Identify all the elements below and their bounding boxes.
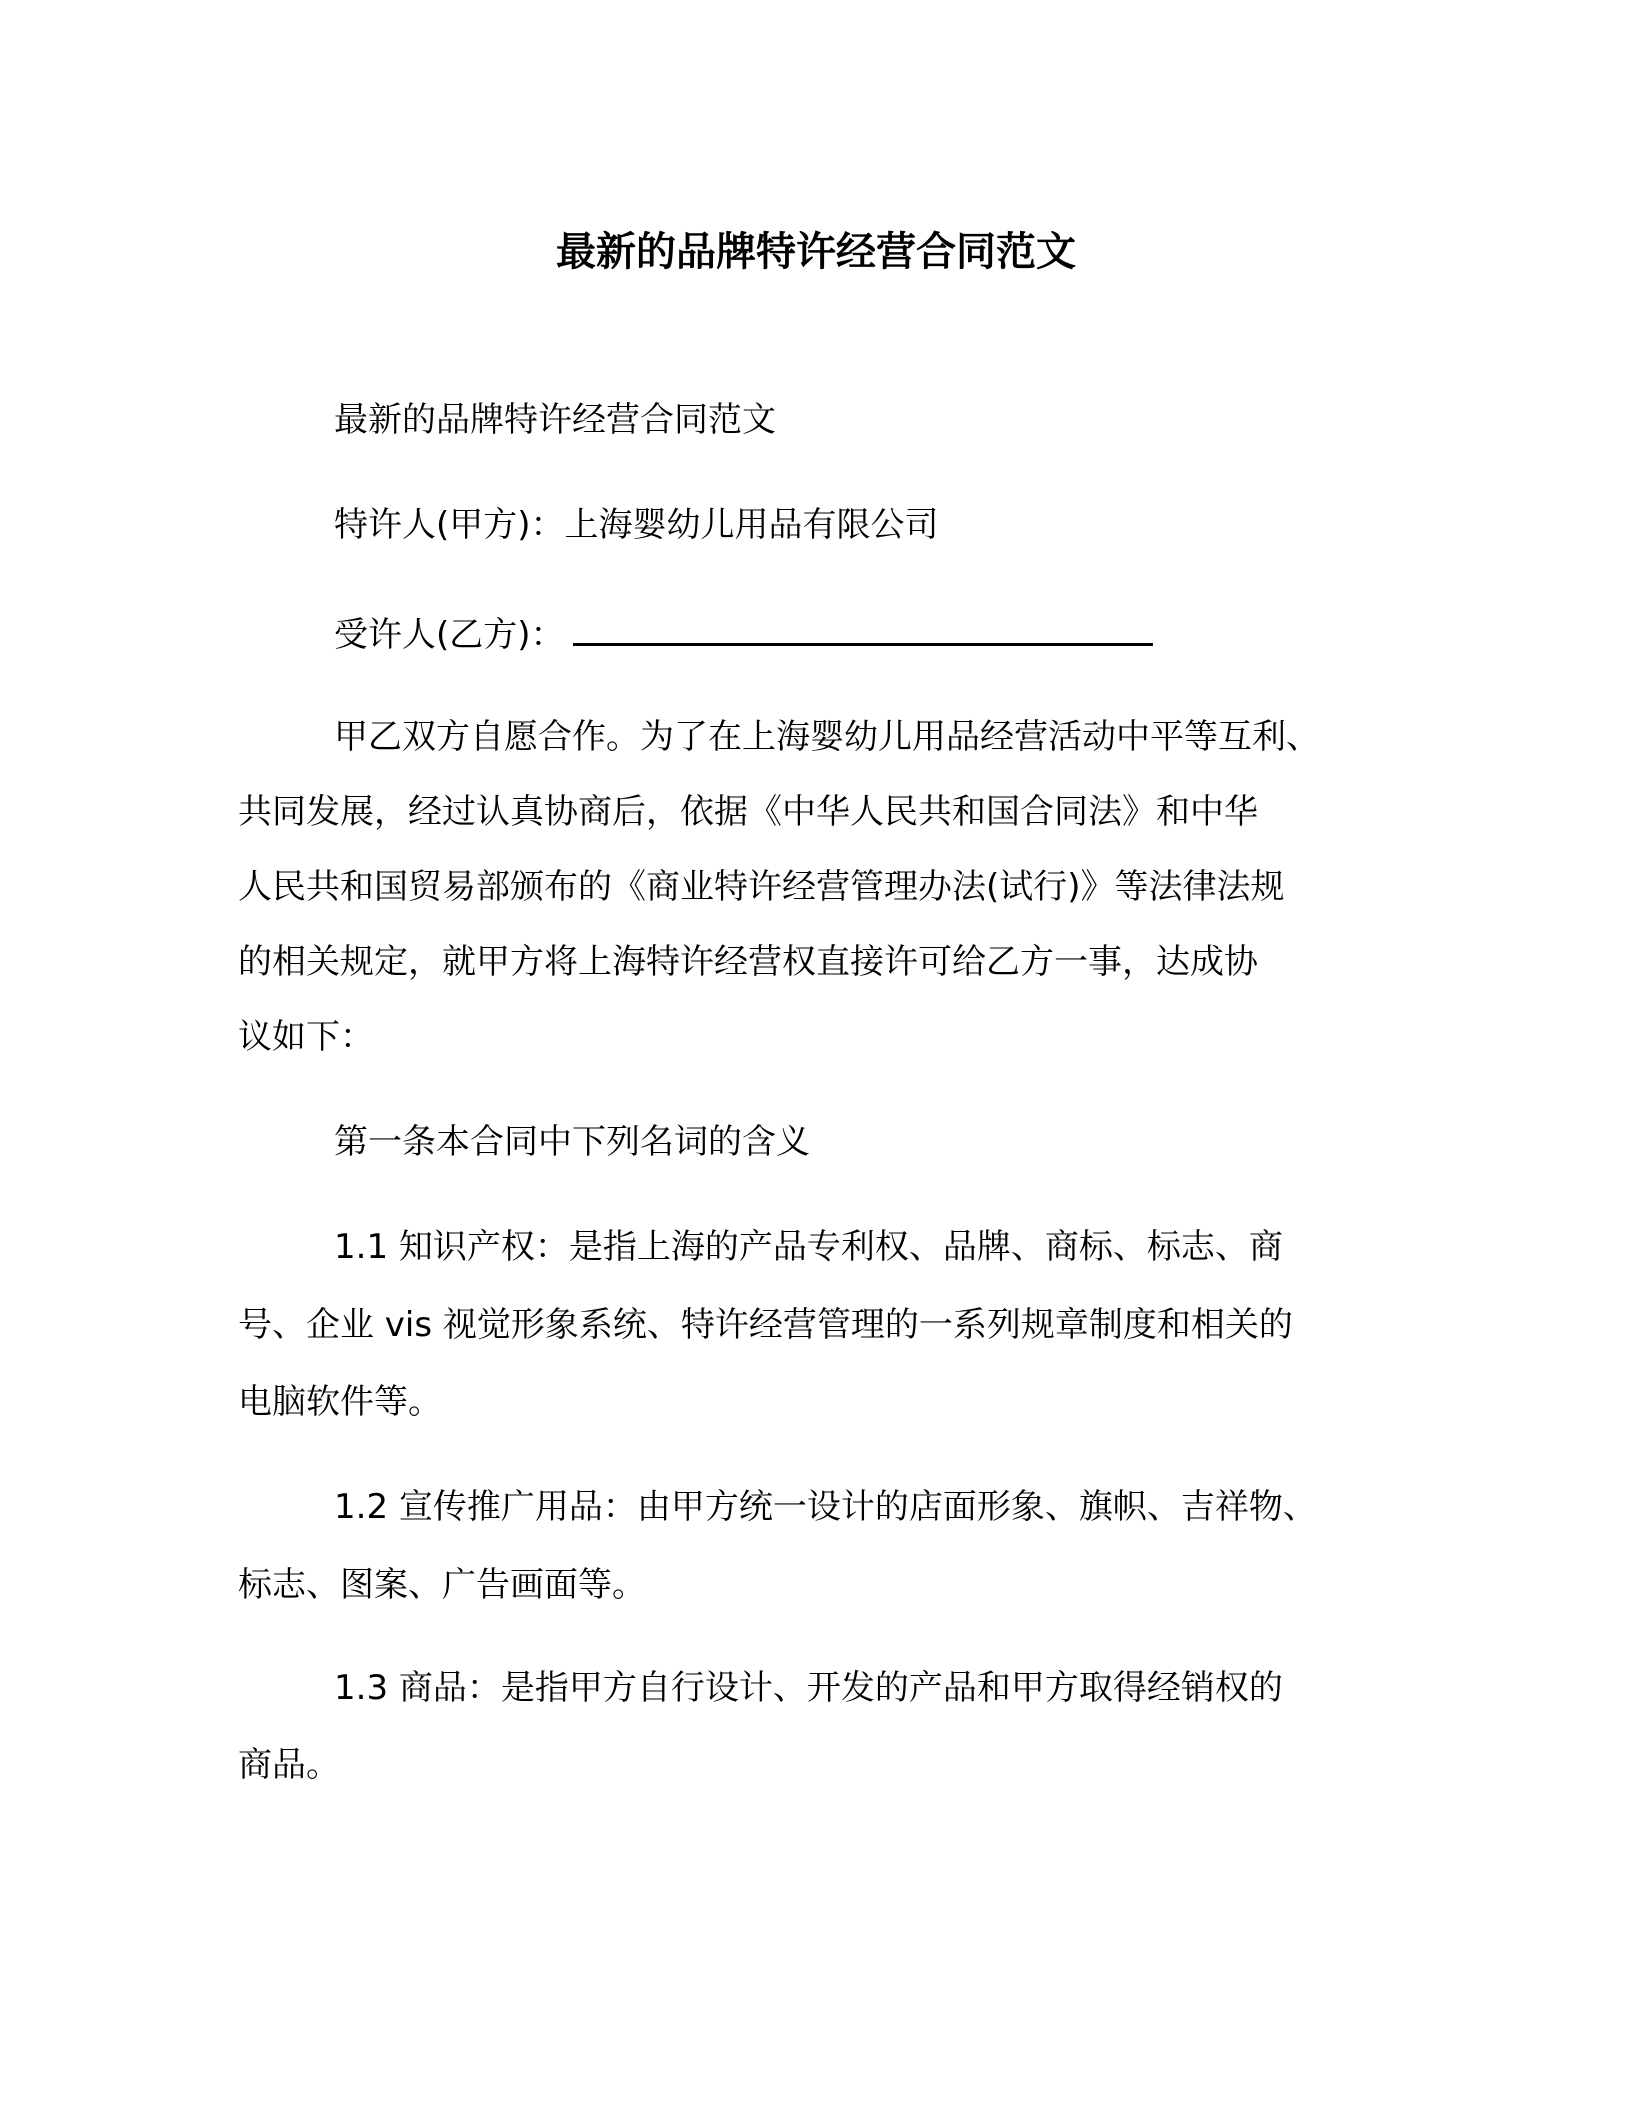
party-b-line: 受许人(乙方)： bbox=[334, 610, 1153, 660]
document-subtitle: 最新的品牌特许经营合同范文 bbox=[334, 395, 776, 445]
party-a-line: 特许人(甲方)：上海婴幼儿用品有限公司 bbox=[334, 500, 939, 550]
preamble-line-4: 的相关规定，就甲方将上海特许经营权直接许可给乙方一事，达成协 bbox=[238, 937, 1258, 987]
preamble-line-1: 甲乙双方自愿合作。为了在上海婴幼儿用品经营活动中平等互利、 bbox=[334, 712, 1320, 762]
party-b-label: 受许人(乙方)： bbox=[334, 615, 565, 655]
item-1-2-line-1: 1.2 宣传推广用品：由甲方统一设计的店面形象、旗帜、吉祥物、 bbox=[334, 1482, 1317, 1532]
item-1-3-line-1: 1.3 商品：是指甲方自行设计、开发的产品和甲方取得经销权的 bbox=[334, 1663, 1283, 1713]
item-1-3-line-2: 商品。 bbox=[238, 1740, 340, 1790]
preamble-line-5: 议如下： bbox=[238, 1012, 374, 1062]
item-1-2-line-2: 标志、图案、广告画面等。 bbox=[238, 1560, 646, 1610]
preamble-line-3: 人民共和国贸易部颁布的《商业特许经营管理办法(试行)》等法律法规 bbox=[238, 862, 1285, 912]
article-1-heading: 第一条本合同中下列名词的含义 bbox=[334, 1117, 810, 1167]
party-a-label: 特许人(甲方)： bbox=[334, 505, 565, 545]
item-1-1-line-1: 1.1 知识产权：是指上海的产品专利权、品牌、商标、标志、商 bbox=[334, 1222, 1283, 1272]
preamble-line-2: 共同发展，经过认真协商后，依据《中华人民共和国合同法》和中华 bbox=[238, 787, 1258, 837]
item-1-1-line-3: 电脑软件等。 bbox=[238, 1377, 442, 1427]
document-page: 最新的品牌特许经营合同范文 最新的品牌特许经营合同范文 特许人(甲方)：上海婴幼… bbox=[0, 0, 1632, 2112]
document-title: 最新的品牌特许经营合同范文 bbox=[0, 222, 1632, 282]
item-1-1-line-2: 号、企业 vis 视觉形象系统、特许经营管理的一系列规章制度和相关的 bbox=[238, 1300, 1293, 1350]
party-b-blank-field bbox=[573, 613, 1153, 646]
party-a-value: 上海婴幼儿用品有限公司 bbox=[565, 505, 939, 545]
